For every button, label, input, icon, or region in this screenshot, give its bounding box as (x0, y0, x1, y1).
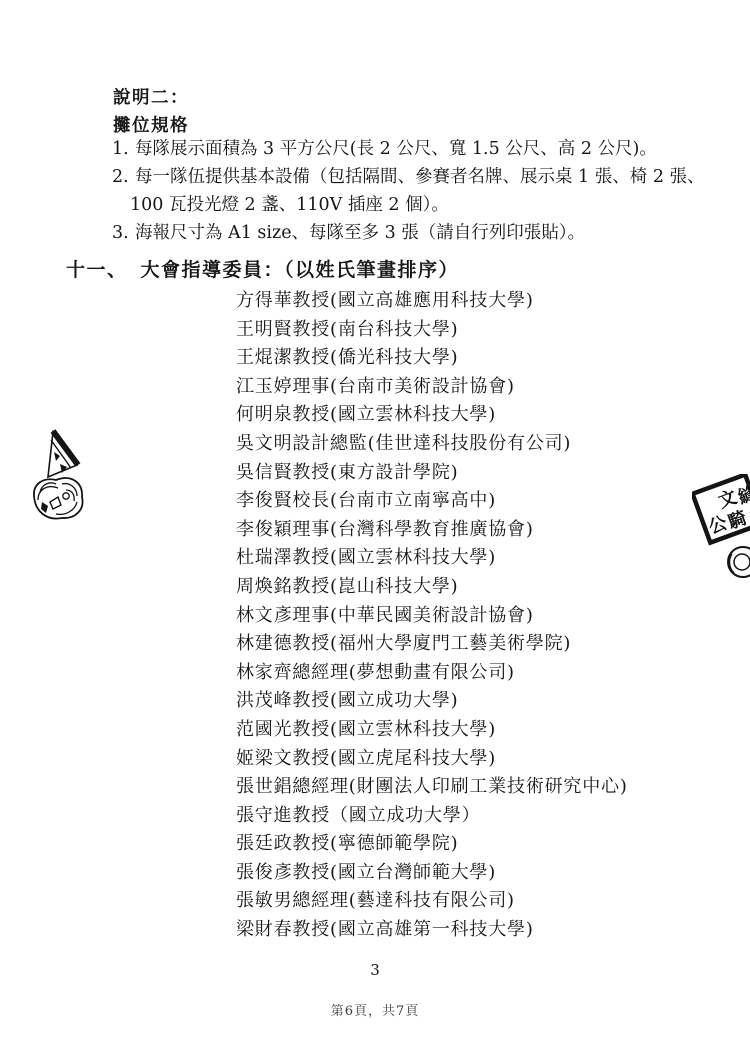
seal-char: 縫 (734, 482, 750, 509)
spec-item-3: 3. 海報尺寸為 A1 size、每隊至多 3 張（請自行列印張貼）。 (112, 219, 712, 247)
committee-member-list: 方得華教授(國立高雄應用科技大學) 王明賢教授(南台科技大學) 王焜潔教授(僑光… (236, 287, 628, 945)
right-paging-seal-icon: 文 公 騎 縫 (692, 474, 750, 582)
member-row: 張敏男總經理(藝達科技有限公司) (236, 887, 628, 916)
member-row: 張廷政教授(寧德師範學院) (236, 830, 628, 859)
member-row: 李俊賢校長(台南市立南寧高中) (236, 487, 628, 516)
seal-char: 文 (715, 486, 739, 513)
spec-item-number: 2. (112, 163, 135, 191)
member-row: 林文彥理事(中華民國美術設計協會) (236, 602, 628, 631)
member-row: 吳文明設計總監(佳世達科技股份有公司) (236, 430, 628, 459)
member-row: 王焜潔教授(僑光科技大學) (236, 344, 628, 373)
section-11-heading: 十一、大會指導委員：（以姓氏筆畫排序） (66, 255, 459, 282)
section-11-title: 大會指導委員：（以姓氏筆畫排序） (141, 259, 460, 281)
member-row: 王明賢教授(南台科技大學) (236, 316, 628, 345)
spec-item-number: 3. (112, 219, 135, 247)
member-row: 張世錩總經理(財團法人印刷工業技術研究中心) (236, 773, 628, 802)
member-row: 江玉婷理事(台南市美術設計協會) (236, 373, 628, 402)
member-row: 范國光教授(國立雲林科技大學) (236, 716, 628, 745)
member-row: 吳信賢教授(東方設計學院) (236, 459, 628, 488)
member-row: 李俊穎理事(台灣科學教育推廣協會) (236, 516, 628, 545)
spec-item-2: 2. 每一隊伍提供基本設備（包括隔間、參賽者名牌、展示桌 1 張、椅 2 張、 (112, 163, 712, 191)
member-row: 姬梁文教授(國立虎尾科技大學) (236, 745, 628, 774)
document-page: 說明二： 攤位規格 1. 每隊展示面積為 3 平方公尺(長 2 公尺、寬 1.5… (0, 0, 750, 1061)
footer-page-indicator: 第6頁，共7頁 (0, 1000, 750, 1019)
spec-item-1: 1. 每隊展示面積為 3 平方公尺(長 2 公尺、寬 1.5 公尺、高 2 公尺… (112, 135, 712, 163)
member-row: 張守進教授（國立成功大學） (236, 802, 628, 831)
page-number: 3 (0, 961, 750, 979)
spec-item-text: 海報尺寸為 A1 size、每隊至多 3 張（請自行列印張貼）。 (135, 219, 712, 247)
member-row: 周煥銘教授(崑山科技大學) (236, 573, 628, 602)
member-row: 何明泉教授(國立雲林科技大學) (236, 401, 628, 430)
note-title: 說明二： (113, 84, 189, 109)
section-11-number: 十一、 (66, 259, 128, 281)
booth-spec-list: 1. 每隊展示面積為 3 平方公尺(長 2 公尺、寬 1.5 公尺、高 2 公尺… (112, 135, 712, 247)
seal-char: 公 (706, 513, 730, 539)
member-row: 林建德教授(福州大學廈門工藝美術學院) (236, 630, 628, 659)
spec-item-2-continuation: 100 瓦投光燈 2 盞、110V 插座 2 個）。 (112, 191, 712, 219)
member-row: 洪茂峰教授(國立成功大學) (236, 687, 628, 716)
booth-spec-subtitle: 攤位規格 (113, 112, 189, 137)
spec-item-text: 每一隊伍提供基本設備（包括隔間、參賽者名牌、展示桌 1 張、椅 2 張、 (135, 163, 712, 191)
member-row: 方得華教授(國立高雄應用科技大學) (236, 287, 628, 316)
member-row: 張俊彥教授(國立台灣師範大學) (236, 859, 628, 888)
member-row: 林家齊總經理(夢想動畫有限公司) (236, 659, 628, 688)
member-row: 杜瑞澤教授(國立雲林科技大學) (236, 544, 628, 573)
spec-item-number: 1. (112, 135, 135, 163)
spec-item-text: 每隊展示面積為 3 平方公尺(長 2 公尺、寬 1.5 公尺、高 2 公尺)。 (135, 135, 712, 163)
member-row: 梁財春教授(國立高雄第一科技大學) (236, 916, 628, 945)
seal-char: 騎 (724, 508, 749, 534)
left-ink-seal-icon (20, 418, 100, 530)
